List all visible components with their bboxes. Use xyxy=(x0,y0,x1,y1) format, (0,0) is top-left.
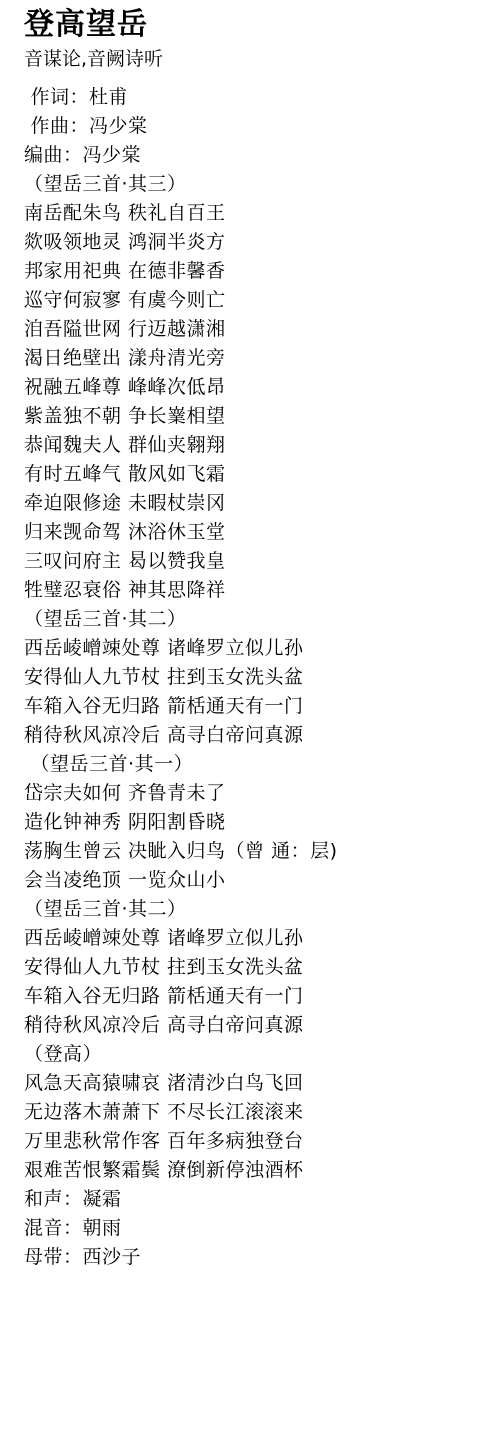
lyric-line: 作词：杜甫 xyxy=(24,83,490,112)
lyric-line: 西岳崚嶒竦处尊 诸峰罗立似儿孙 xyxy=(24,924,490,953)
lyric-line: 祝融五峰尊 峰峰次低昂 xyxy=(24,373,490,402)
lyric-line: 恭闻魏夫人 群仙夹翱翔 xyxy=(24,431,490,460)
lyric-line: 洎吾隘世网 行迈越潇湘 xyxy=(24,315,490,344)
lyric-line: 渴日绝壁出 漾舟清光旁 xyxy=(24,344,490,373)
lyric-line: 西岳崚嶒竦处尊 诸峰罗立似儿孙 xyxy=(24,634,490,663)
lyric-line: 稍待秋风凉冷后 高寻白帝问真源 xyxy=(24,1011,490,1040)
lyric-line: 荡胸生曾云 决眦入归鸟（曾 通：层) xyxy=(24,837,490,866)
lyric-line: 牵迫限修途 未暇杖崇冈 xyxy=(24,489,490,518)
song-title: 登高望岳 xyxy=(24,8,490,42)
lyric-line: 南岳配朱鸟 秩礼自百王 xyxy=(24,199,490,228)
lyric-line: 和声：凝霜 xyxy=(24,1185,490,1214)
lyric-line: 安得仙人九节杖 拄到玉女洗头盆 xyxy=(24,663,490,692)
lyric-line: （望岳三首·其二） xyxy=(24,605,490,634)
lyric-line: （望岳三首·其一） xyxy=(24,750,490,779)
lyric-line: 邦家用祀典 在德非馨香 xyxy=(24,257,490,286)
lyric-line: 万里悲秋常作客 百年多病独登台 xyxy=(24,1127,490,1156)
lyric-line: 岱宗夫如何 齐鲁青未了 xyxy=(24,779,490,808)
lyrics-body: 作词：杜甫 作曲：冯少棠编曲：冯少棠（望岳三首·其三）南岳配朱鸟 秩礼自百王欻吸… xyxy=(24,83,490,1272)
lyric-line: 母带：西沙子 xyxy=(24,1243,490,1272)
lyric-line: 稍待秋风凉冷后 高寻白帝问真源 xyxy=(24,721,490,750)
lyric-line: 造化钟神秀 阴阳割昏晓 xyxy=(24,808,490,837)
lyric-line: 车箱入谷无归路 箭栝通天有一门 xyxy=(24,692,490,721)
lyric-line: （登高） xyxy=(24,1040,490,1069)
lyric-line: 风急天高猿啸哀 渚清沙白鸟飞回 xyxy=(24,1069,490,1098)
lyric-line: 会当凌绝顶 一览众山小 xyxy=(24,866,490,895)
lyric-line: 编曲：冯少棠 xyxy=(24,141,490,170)
lyric-line: 作曲：冯少棠 xyxy=(24,112,490,141)
lyric-line: 艰难苦恨繁霜鬓 潦倒新停浊酒杯 xyxy=(24,1156,490,1185)
song-artist-subtitle: 音谋论,音阙诗听 xyxy=(24,48,490,70)
lyric-line: 无边落木萧萧下 不尽长江滚滚来 xyxy=(24,1098,490,1127)
lyric-line: 紫盖独不朝 争长嶪相望 xyxy=(24,402,490,431)
lyric-line: 巡守何寂寥 有虞今则亡 xyxy=(24,286,490,315)
lyric-line: 归来觊命驾 沐浴休玉堂 xyxy=(24,518,490,547)
lyric-line: （望岳三首·其二） xyxy=(24,895,490,924)
lyric-line: 安得仙人九节杖 拄到玉女洗头盆 xyxy=(24,953,490,982)
lyric-line: 牲璧忍衰俗 神其思降祥 xyxy=(24,576,490,605)
lyric-line: 有时五峰气 散风如飞霜 xyxy=(24,460,490,489)
lyric-line: 混音：朝雨 xyxy=(24,1214,490,1243)
lyric-line: 三叹问府主 曷以赞我皇 xyxy=(24,547,490,576)
lyric-line: （望岳三首·其三） xyxy=(24,170,490,199)
lyrics-page: 登高望岳 音谋论,音阙诗听 作词：杜甫 作曲：冯少棠编曲：冯少棠（望岳三首·其三… xyxy=(0,0,500,1272)
lyric-line: 欻吸领地灵 鸿洞半炎方 xyxy=(24,228,490,257)
lyric-line: 车箱入谷无归路 箭栝通天有一门 xyxy=(24,982,490,1011)
